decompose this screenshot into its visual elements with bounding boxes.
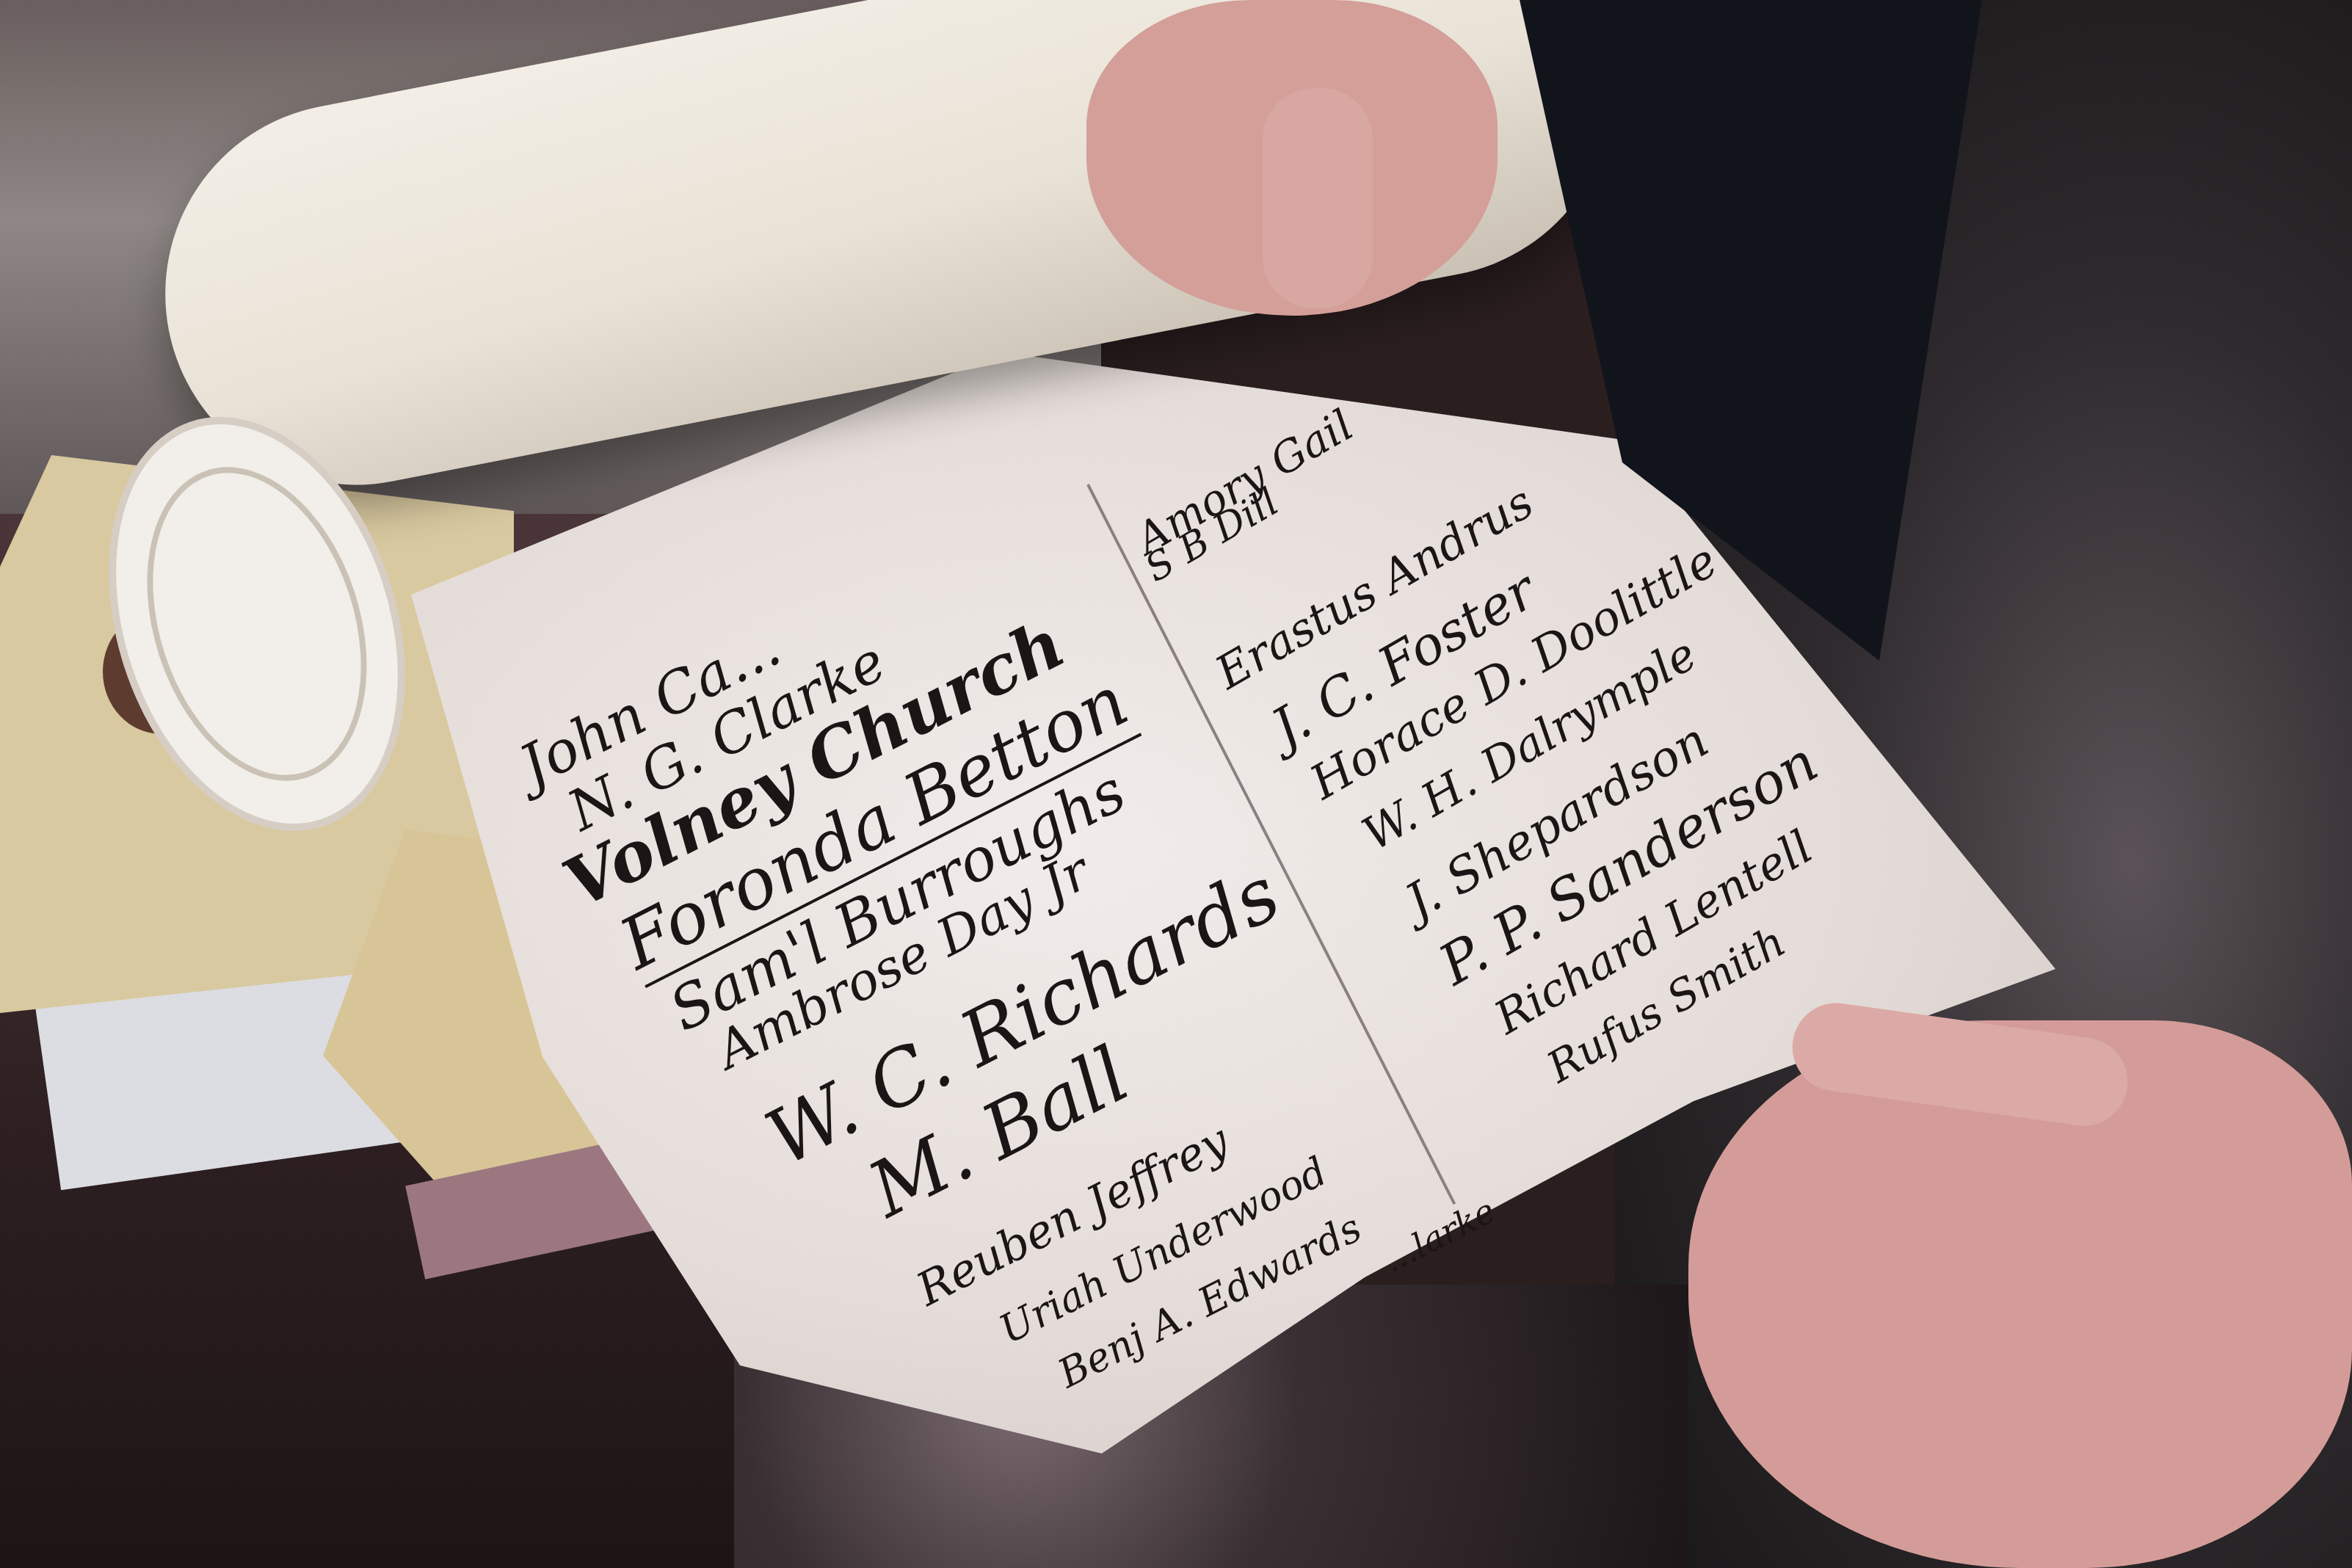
photo-scene: John Ca... N. G. Clarke Volney Church Fo… bbox=[0, 0, 2352, 1568]
upper-thumb bbox=[1263, 88, 1373, 308]
